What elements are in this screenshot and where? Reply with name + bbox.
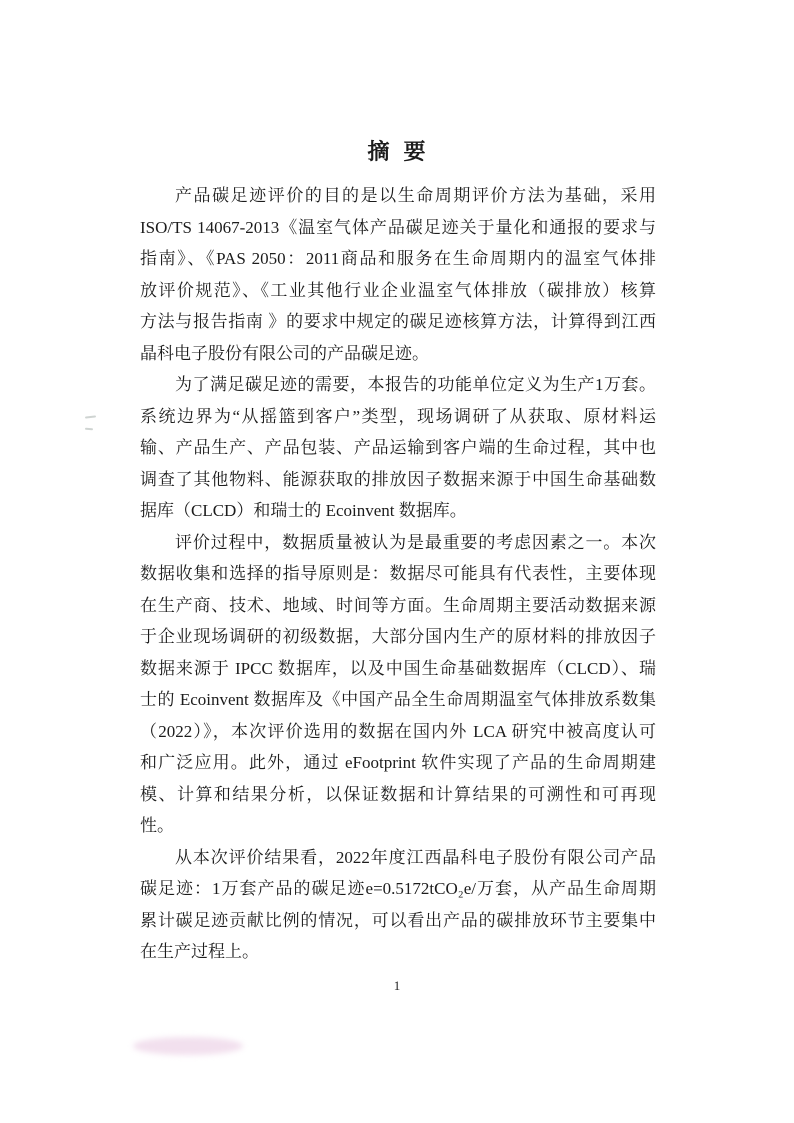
text-line: 据库（CLCD）和瑞士的 Ecoinvent 数据库。 (140, 495, 656, 527)
text-line: 晶科电子股份有限公司的产品碳足迹。 (140, 338, 656, 370)
text-line: 方法与报告指南 》的要求中规定的碳足迹核算方法，计算得到江西 (140, 306, 656, 338)
text-line: 输、产品生产、产品包装、产品运输到客户端的生命过程，其中也 (140, 432, 656, 464)
text-line: 系统边界为“从摇篮到客户”类型，现场调研了从获取、原材料运 (140, 401, 656, 433)
scan-artifact-margin-dashes (84, 413, 98, 435)
text-line: 为了满足碳足迹的需要，本报告的功能单位定义为生产1万套。 (140, 369, 656, 401)
document-page: 摘 要 产品碳足迹评价的目的是以生命周期评价方法为基础，采用ISO/TS 140… (0, 0, 794, 1123)
text-line: 数据收集和选择的指导原则是：数据尽可能具有代表性，主要体现 (140, 558, 656, 590)
scan-artifact-smudge (133, 1037, 243, 1055)
text-line: 评价过程中，数据质量被认为是最重要的考虑因素之一。本次 (140, 527, 656, 559)
text-line: 在生产过程上。 (140, 936, 656, 968)
page-title: 摘 要 (0, 0, 794, 165)
text-line: 于企业现场调研的初级数据，大部分国内生产的原材料的排放因子 (140, 621, 656, 653)
text-line: 从本次评价结果看，2022年度江西晶科电子股份有限公司产品 (140, 842, 656, 874)
text-line: ISO/TS 14067-2013《温室气体产品碳足迹关于量化和通报的要求与 (140, 212, 656, 244)
text-line: 数据来源于 IPCC 数据库，以及中国生命基础数据库（CLCD）、瑞 (140, 653, 656, 685)
text-line: 指南》、《PAS 2050：2011商品和服务在生命周期内的温室气体排 (140, 243, 656, 275)
text-line: 产品碳足迹评价的目的是以生命周期评价方法为基础，采用 (140, 180, 656, 212)
text-line: 调查了其他物料、能源获取的排放因子数据来源于中国生命基础数 (140, 464, 656, 496)
abstract-body: 产品碳足迹评价的目的是以生命周期评价方法为基础，采用ISO/TS 14067-2… (140, 180, 656, 968)
text-line: 放评价规范》、《工业其他行业企业温室气体排放（碳排放）核算 (140, 275, 656, 307)
text-line: 和广泛应用。此外，通过 eFootprint 软件实现了产品的生命周期建 (140, 747, 656, 779)
text-line: 碳足迹：1万套产品的碳足迹e=0.5172tCO₂e/万套，从产品生命周期 (140, 873, 656, 905)
text-line: 性。 (140, 810, 656, 842)
text-line: 累计碳足迹贡献比例的情况，可以看出产品的碳排放环节主要集中 (140, 905, 656, 937)
text-line: 士的 Ecoinvent 数据库及《中国产品全生命周期温室气体排放系数集 (140, 684, 656, 716)
text-line: 在生产商、技术、地域、时间等方面。生命周期主要活动数据来源 (140, 590, 656, 622)
page-number: 1 (0, 978, 794, 994)
text-line: 模、计算和结果分析，以保证数据和计算结果的可溯性和可再现 (140, 779, 656, 811)
text-line: （2022）》，本次评价选用的数据在国内外 LCA 研究中被高度认可 (140, 716, 656, 748)
